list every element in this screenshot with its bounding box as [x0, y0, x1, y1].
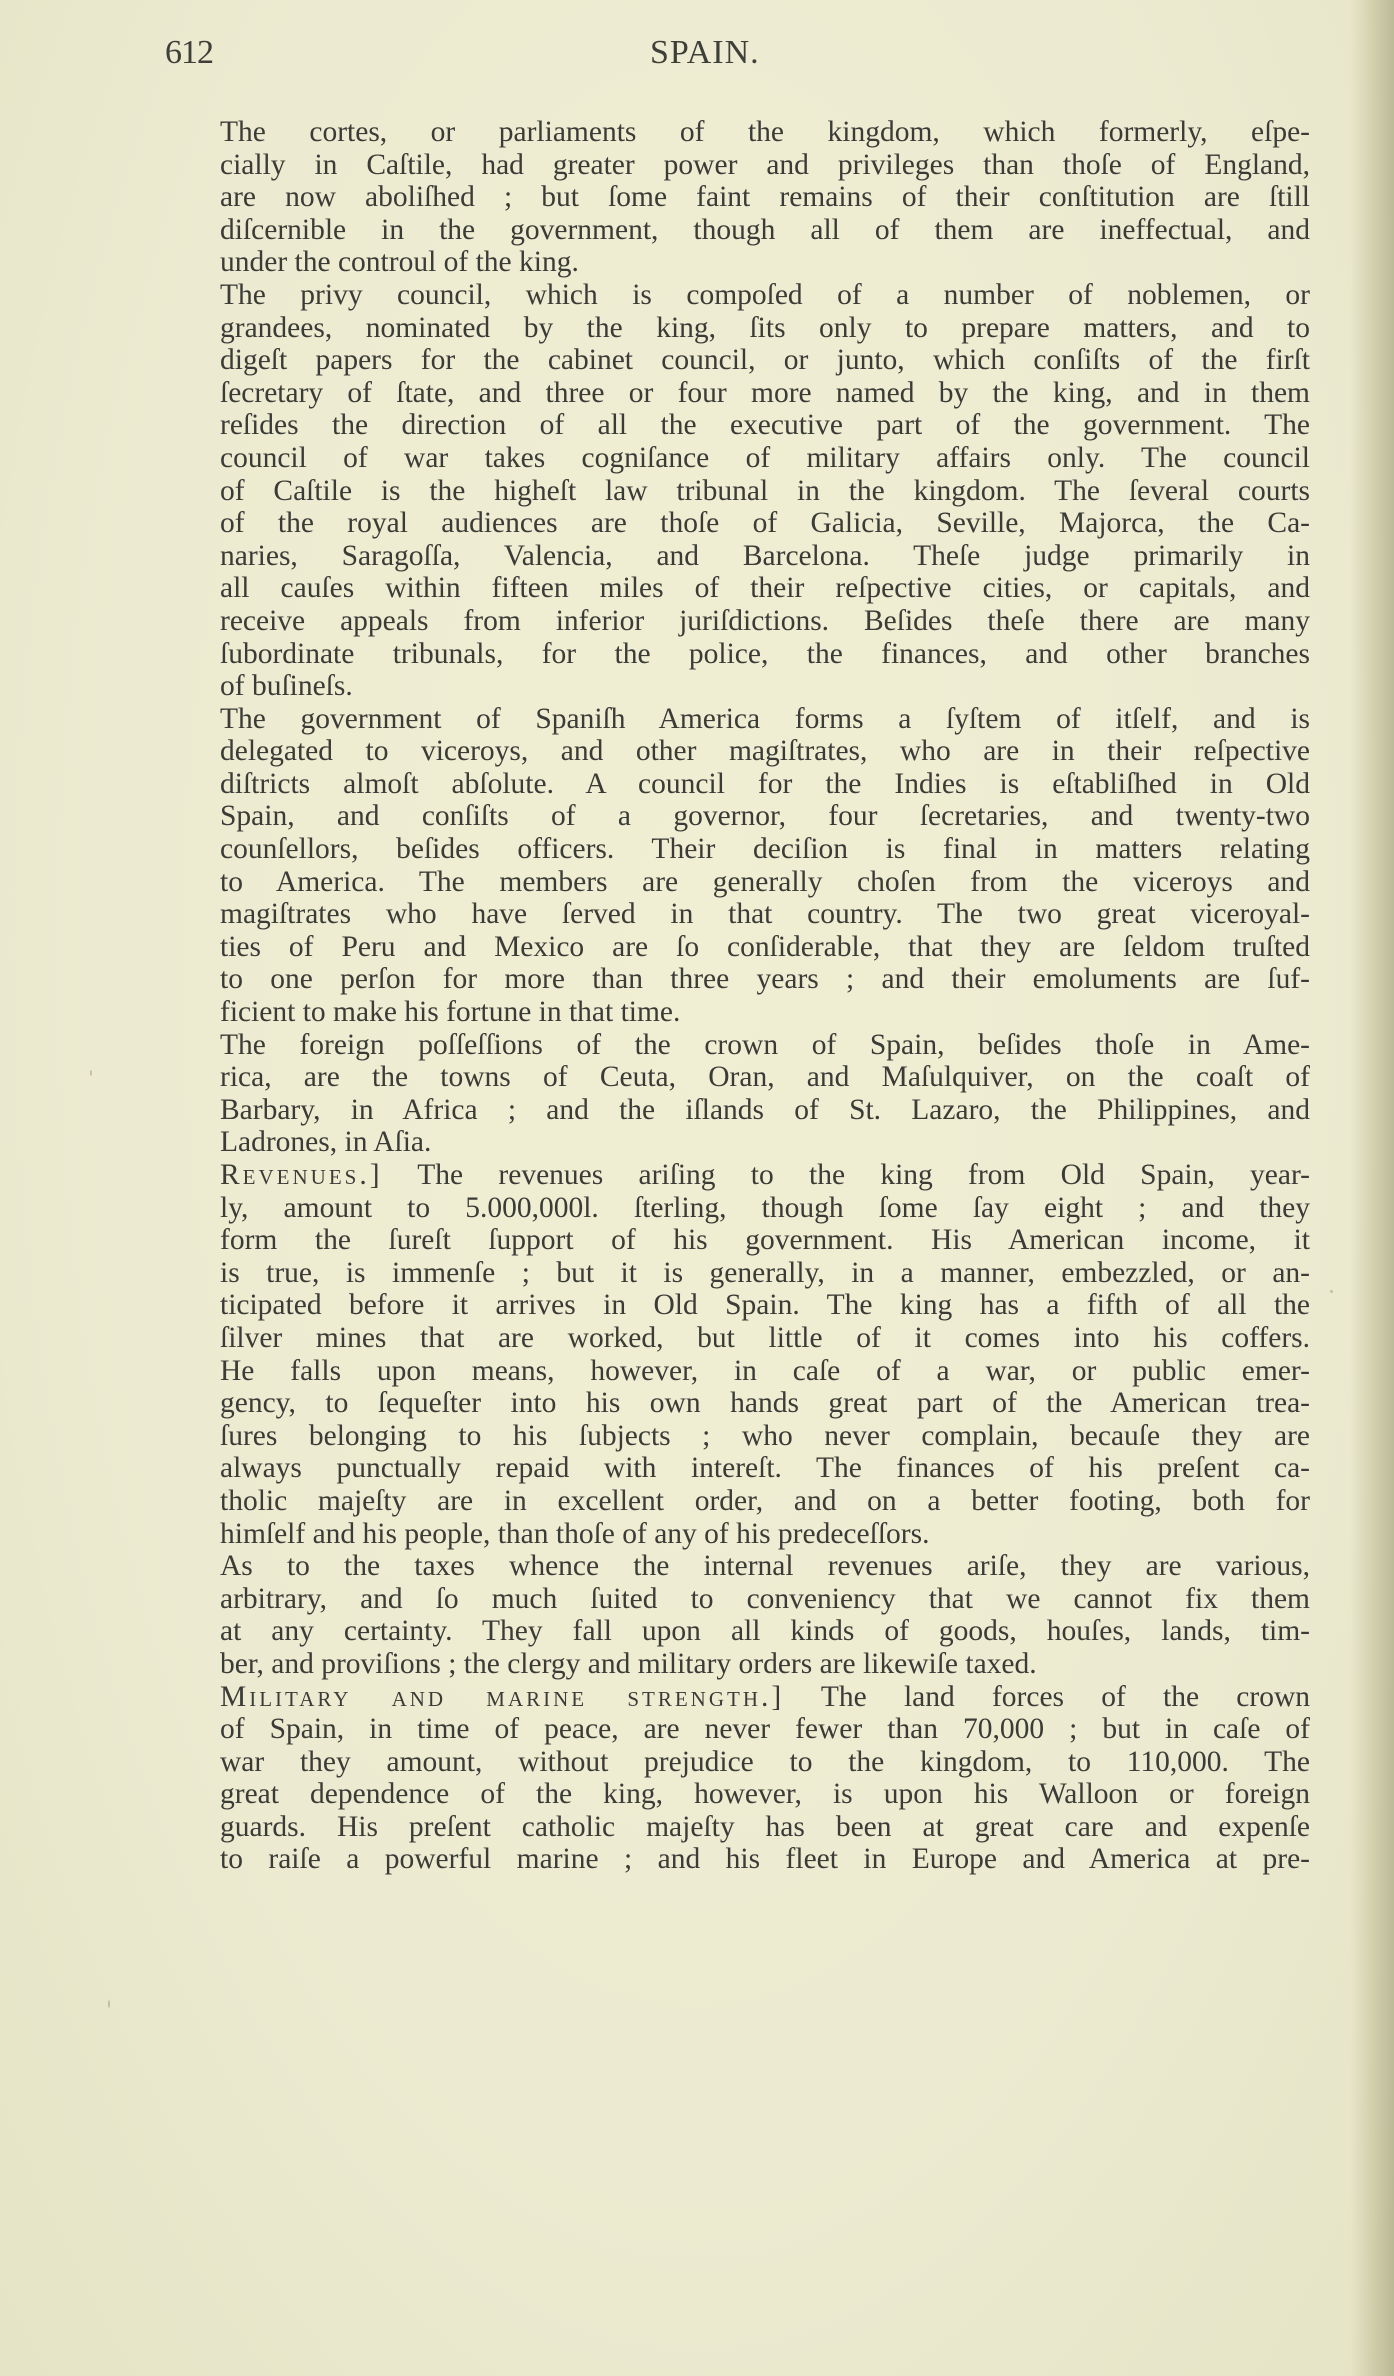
- text-line: ſures belonging to his ſubjects ; who ne…: [192, 1420, 1310, 1453]
- paper-speck: [1295, 1345, 1298, 1348]
- text-line: Military and marine strength.] The land …: [192, 1681, 1310, 1714]
- text-line: are now aboliſhed ; but ſome faint remai…: [192, 181, 1310, 214]
- text-line: Spain, and conſiſts of a governor, four …: [192, 800, 1310, 833]
- text-line: The cortes, or parliaments of the kingdo…: [192, 116, 1310, 149]
- text-line: of buſineſs.: [192, 670, 1310, 703]
- section-heading-revenues: Revenues.]: [220, 1159, 383, 1191]
- text-line: Ladrones, in Aſia.: [192, 1126, 1310, 1159]
- text-line: ticipated before it arrives in Old Spain…: [192, 1289, 1310, 1322]
- text-line: ſilver mines that are worked, but little…: [192, 1322, 1310, 1355]
- text-line: rica, are the towns of Ceuta, Oran, and …: [192, 1061, 1310, 1094]
- paragraph-foreign-possessions: The foreign poſſeſſions of the crown of …: [192, 1029, 1310, 1159]
- text-line: Barbary, in Africa ; and the iſlands of …: [192, 1094, 1310, 1127]
- paragraph-revenues: Revenues.] The revenues ariſing to the k…: [192, 1159, 1310, 1550]
- text-line: cially in Caſtile, had greater power and…: [192, 149, 1310, 182]
- text-line: counſellors, beſides officers. Their dec…: [192, 833, 1310, 866]
- running-head: 612 SPAIN.: [165, 34, 1310, 74]
- text-line: at any certainty. They fall upon all kin…: [192, 1615, 1310, 1648]
- text-line: war they amount, without prejudice to th…: [192, 1746, 1310, 1779]
- text-line: ly, amount to 5.000,000l. ſterling, thou…: [192, 1192, 1310, 1225]
- text-line: of Caſtile is the higheſt law tribunal i…: [192, 475, 1310, 508]
- text-line: ficient to make his fortune in that time…: [192, 996, 1310, 1029]
- text-line: form the ſureſt ſupport of his governmen…: [192, 1224, 1310, 1257]
- text-line: diſtricts almoſt abſolute. A council for…: [192, 768, 1310, 801]
- text-line: The government of Spaniſh America forms …: [192, 703, 1310, 736]
- text-line: digeſt papers for the cabinet council, o…: [192, 344, 1310, 377]
- text-line: naries, Saragoſſa, Valencia, and Barcelo…: [192, 540, 1310, 573]
- text-line: He falls upon means, however, in caſe of…: [192, 1355, 1310, 1388]
- paragraph-privy-council: The privy council, which is compoſed of …: [192, 279, 1310, 703]
- text-line: arbitrary, and ſo much ſuited to conveni…: [192, 1583, 1310, 1616]
- text-line: of Spain, in time of peace, are never fe…: [192, 1713, 1310, 1746]
- text-line: diſcernible in the government, though al…: [192, 214, 1310, 247]
- text-line: The foreign poſſeſſions of the crown of …: [192, 1029, 1310, 1062]
- text-line: to one perſon for more than three years …: [192, 963, 1310, 996]
- paragraph-spanish-america: The government of Spaniſh America forms …: [192, 703, 1310, 1029]
- text-line: magiſtrates who have ſerved in that coun…: [192, 898, 1310, 931]
- text-line: great dependence of the king, however, i…: [192, 1778, 1310, 1811]
- text-line: is true, is immenſe ; but it is generall…: [192, 1257, 1310, 1290]
- text-line: under the controul of the king.: [192, 246, 1310, 279]
- text-line: receive appeals from inferior juriſdicti…: [192, 605, 1310, 638]
- text-line: The privy council, which is compoſed of …: [192, 279, 1310, 312]
- text-line: grandees, nominated by the king, ſits on…: [192, 312, 1310, 345]
- paragraph-taxes: As to the taxes whence the internal reve…: [192, 1550, 1310, 1680]
- text-line: delegated to viceroys, and other magiſtr…: [192, 735, 1310, 768]
- text-line: ſecretary of ſtate, and three or four mo…: [192, 377, 1310, 410]
- text-line: tholic majeſty are in excellent order, a…: [192, 1485, 1310, 1518]
- text-line: ber, and proviſions ; the clergy and mil…: [192, 1648, 1310, 1681]
- section-heading-military: Military and marine strength.]: [220, 1681, 784, 1713]
- page-number: 612: [165, 34, 213, 72]
- text-line: always punctually repaid with intereſt. …: [192, 1452, 1310, 1485]
- text-line: to raiſe a powerful marine ; and his fle…: [192, 1843, 1310, 1876]
- text-line: of the royal audiences are thoſe of Gali…: [192, 507, 1310, 540]
- text-line: council of war takes cogniſance of milit…: [192, 442, 1310, 475]
- running-head-title: SPAIN.: [650, 34, 760, 72]
- text-line: ſubordinate tribunals, for the police, t…: [192, 638, 1310, 671]
- book-page: 612 SPAIN. The cortes, or parliaments of…: [0, 0, 1394, 2376]
- text-line: As to the taxes whence the internal reve…: [192, 1550, 1310, 1583]
- text-line: reſides the direction of all the executi…: [192, 409, 1310, 442]
- paragraph-military: Military and marine strength.] The land …: [192, 1681, 1310, 1877]
- text-line: gency, to ſequeſter into his own hands g…: [192, 1387, 1310, 1420]
- text-line: all cauſes within fifteen miles of their…: [192, 572, 1310, 605]
- body-text: The cortes, or parliaments of the kingdo…: [192, 116, 1310, 1876]
- paper-speck: [1330, 1290, 1333, 1293]
- paper-speck: [90, 1070, 92, 1076]
- text-line: himſelf and his people, than thoſe of an…: [192, 1518, 1310, 1551]
- text-line: to America. The members are generally ch…: [192, 866, 1310, 899]
- paper-speck: [108, 2000, 110, 2008]
- paragraph-cortes: The cortes, or parliaments of the kingdo…: [192, 116, 1310, 279]
- text-line: Revenues.] The revenues ariſing to the k…: [192, 1159, 1310, 1192]
- text-line: ties of Peru and Mexico are ſo conſidera…: [192, 931, 1310, 964]
- text-line: guards. His preſent catholic majeſty has…: [192, 1811, 1310, 1844]
